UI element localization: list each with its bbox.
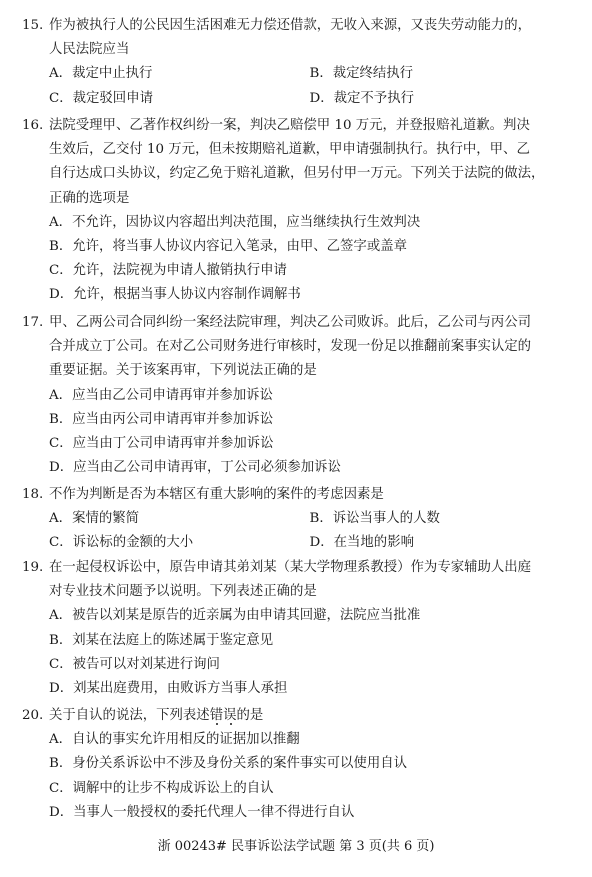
option-d: D．裁定不予执行 xyxy=(310,87,571,111)
option-d: D．允许，根据当事人协议内容制作调解书 xyxy=(22,283,570,307)
option-d: D．应当由乙公司申请再审，丁公司必须参加诉讼 xyxy=(22,456,570,480)
option-c: C．调解中的让步不构成诉讼上的自认 xyxy=(22,777,570,801)
question-stem: 不作为判断是否为本辖区有重大影响的案件的考虑因素是 xyxy=(49,487,384,502)
question-stem: 合并成立丁公司。在对乙公司财务进行审核时，发现一份足以推翻前案事实认定的 xyxy=(22,335,570,359)
option-a: A．自认的事实允许用相反的证据加以推翻 xyxy=(22,728,570,752)
option-b: B．刘某在法庭上的陈述属于鉴定意见 xyxy=(22,629,570,653)
question-stem: 人民法院应当 xyxy=(22,38,570,62)
question-number: 15. xyxy=(22,14,49,38)
question-stem: 在一起侵权诉讼中，原告申请其弟刘某（某大学物理系教授）作为专家辅助人出庭 xyxy=(49,560,531,575)
option-c: C．应当由丁公司申请再审并参加诉讼 xyxy=(22,432,570,456)
option-b: B．应当由丙公司申请再审并参加诉讼 xyxy=(22,408,570,432)
question-stem: 重要证据。关于该案再审，下列说法正确的是 xyxy=(22,359,570,383)
question-stem: 关于自认的说法，下列表述错误的是 xyxy=(49,708,263,723)
question-stem: 自行达成口头协议，约定乙免于赔礼道歉，但另付甲一万元。下列关于法院的做法， xyxy=(22,162,570,186)
option-b: B．裁定终结执行 xyxy=(310,62,571,86)
option-b: B．身份关系诉讼中不涉及身份关系的案件事实可以使用自认 xyxy=(22,752,570,776)
option-c: C．诉讼标的金额的大小 xyxy=(49,531,310,555)
option-a: A．案情的繁简 xyxy=(49,507,310,531)
option-c: C．裁定驳回申请 xyxy=(49,87,310,111)
question-16: 16.法院受理甲、乙著作权纠纷一案，判决乙赔偿甲 10 万元，并登报赔礼道歉。判… xyxy=(22,114,570,308)
option-a: A．裁定中止执行 xyxy=(49,62,310,86)
question-15: 15.作为被执行人的公民因生活困难无力偿还借款，无收入来源，又丧失劳动能力的， … xyxy=(22,14,570,111)
option-b: B．允许，将当事人协议内容记入笔录，由甲、乙签字或盖章 xyxy=(22,235,570,259)
page-footer: 浙 00243# 民事诉讼法学试题 第 3 页(共 6 页) xyxy=(0,837,592,857)
question-20: 20.关于自认的说法，下列表述错误的是 A．自认的事实允许用相反的证据加以推翻 … xyxy=(22,704,570,825)
question-stem: 甲、乙两公司合同纠纷一案经法院审理，判决乙公司败诉。此后，乙公司与丙公司 xyxy=(49,315,531,330)
question-number: 20. xyxy=(22,704,49,728)
question-stem: 作为被执行人的公民因生活困难无力偿还借款，无收入来源，又丧失劳动能力的， xyxy=(49,18,531,33)
option-b: B．诉讼当事人的人数 xyxy=(310,507,571,531)
option-a: A．被告以刘某是原告的近亲属为由申请其回避，法院应当批准 xyxy=(22,604,570,628)
emphasis-mark: 错 xyxy=(210,708,223,723)
question-18: 18.不作为判断是否为本辖区有重大影响的案件的考虑因素是 A．案情的繁简 B．诉… xyxy=(22,483,570,556)
option-a: A．应当由乙公司申请再审并参加诉讼 xyxy=(22,384,570,408)
option-d: D．在当地的影响 xyxy=(310,531,571,555)
question-stem: 对专业技术问题予以说明。下列表述正确的是 xyxy=(22,580,570,604)
question-stem: 法院受理甲、乙著作权纠纷一案，判决乙赔偿甲 10 万元，并登报赔礼道歉。判决 xyxy=(49,118,530,133)
question-number: 19. xyxy=(22,556,49,580)
emphasis-mark: 误 xyxy=(223,708,236,723)
option-c: C．被告可以对刘某进行询问 xyxy=(22,653,570,677)
option-c: C．允许，法院视为申请人撤销执行申请 xyxy=(22,259,570,283)
option-d: D．当事人一般授权的委托代理人一律不得进行自认 xyxy=(22,801,570,825)
option-a: A．不允许，因协议内容超出判决范围，应当继续执行生效判决 xyxy=(22,211,570,235)
question-stem: 生效后，乙交付 10 万元，但未按期赔礼道歉，甲申请强制执行。执行中，甲、乙 xyxy=(22,138,570,162)
question-number: 18. xyxy=(22,483,49,507)
option-d: D．刘某出庭费用，由败诉方当事人承担 xyxy=(22,677,570,701)
question-19: 19.在一起侵权诉讼中，原告申请其弟刘某（某大学物理系教授）作为专家辅助人出庭 … xyxy=(22,556,570,701)
question-number: 16. xyxy=(22,114,49,138)
exam-page: 15.作为被执行人的公民因生活困难无力偿还借款，无收入来源，又丧失劳动能力的， … xyxy=(0,0,592,877)
question-number: 17. xyxy=(22,311,49,335)
question-17: 17.甲、乙两公司合同纠纷一案经法院审理，判决乙公司败诉。此后，乙公司与丙公司 … xyxy=(22,311,570,480)
question-stem: 正确的选项是 xyxy=(22,187,570,211)
